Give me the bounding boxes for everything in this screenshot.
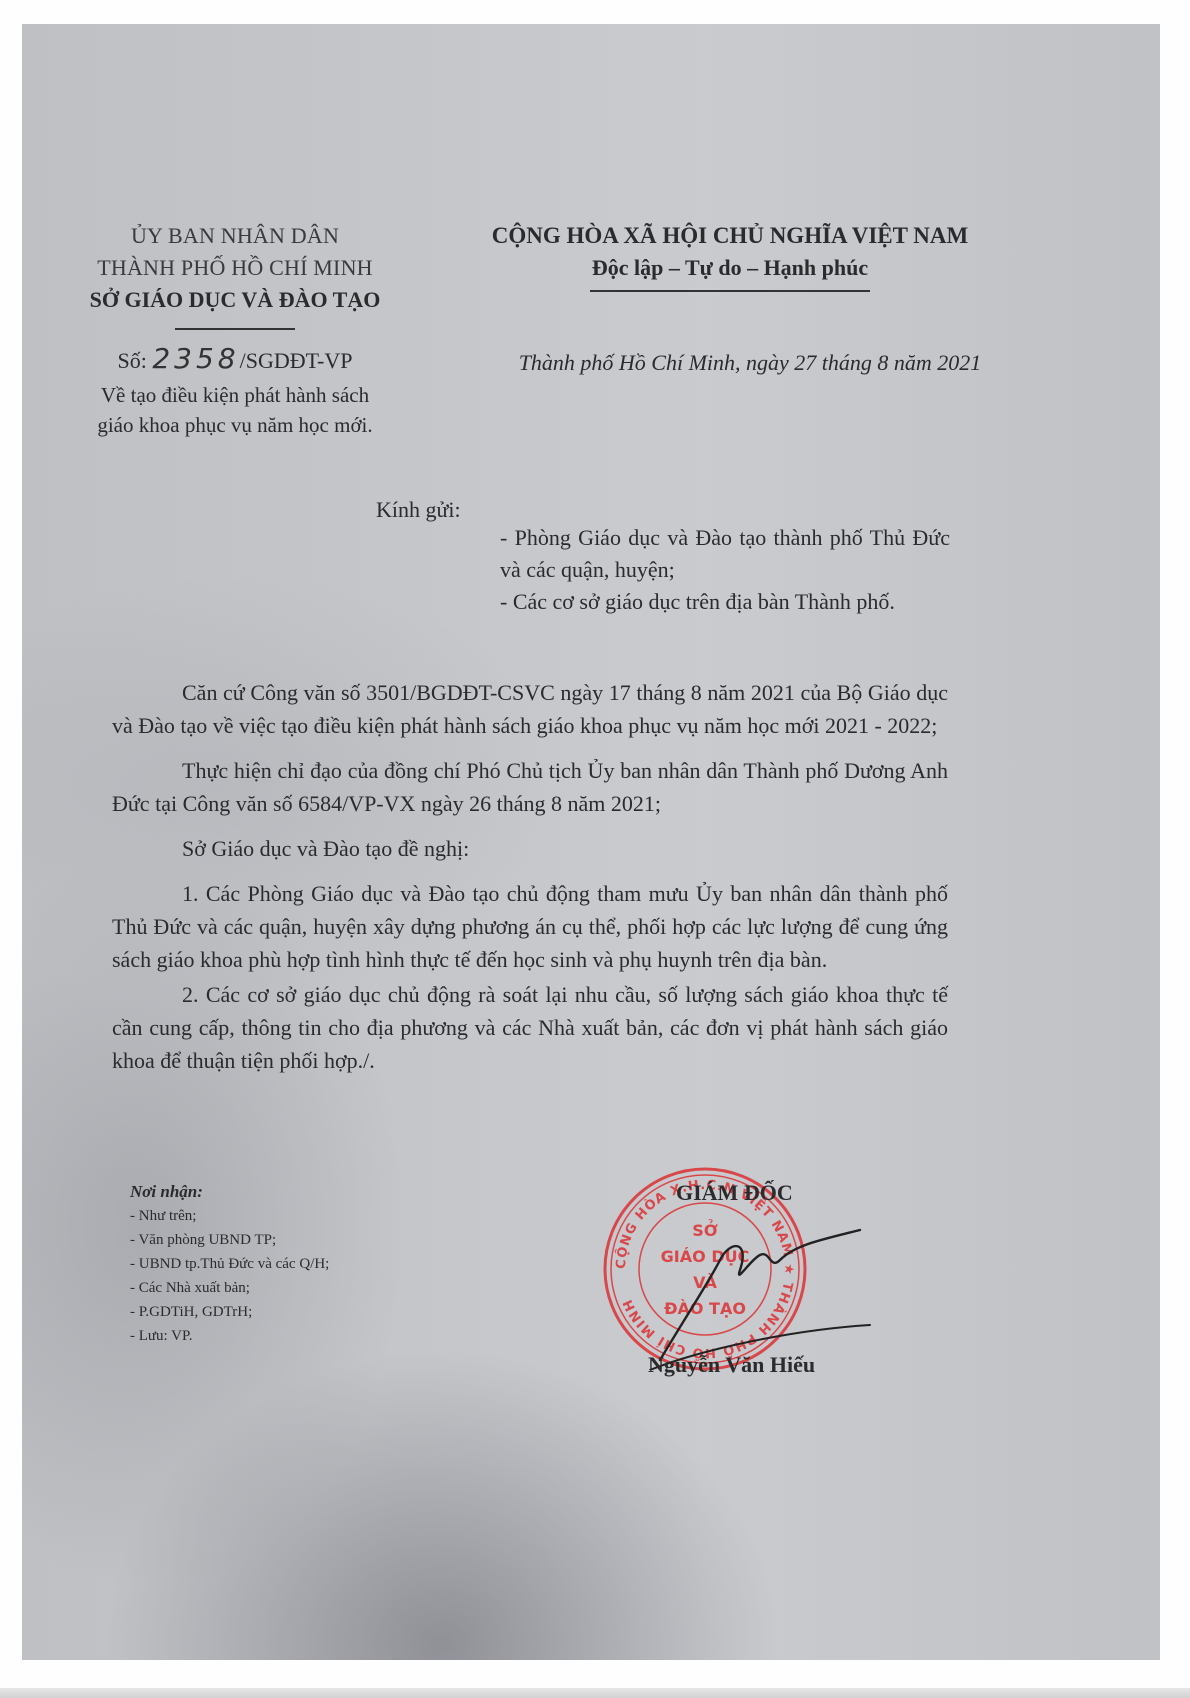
distribution-item: - Các Nhà xuất bản; <box>130 1276 329 1300</box>
recipient-item: - Phòng Giáo dục và Đào tạo thành phố Th… <box>500 522 950 586</box>
body-paragraph: 1. Các Phòng Giáo dục và Đào tạo chủ độn… <box>112 877 948 976</box>
document-number: Số: 2358/SGDĐT-VP <box>70 342 400 375</box>
greeting: Kính gửi: <box>376 497 461 523</box>
body-paragraph: 2. Các cơ sở giáo dục chủ động rà soát l… <box>112 978 948 1077</box>
distribution-item: - Lưu: VP. <box>130 1324 329 1348</box>
issuer-divider <box>175 328 295 330</box>
distribution-title: Nơi nhận: <box>130 1180 329 1204</box>
distribution-item: - P.GDTiH, GDTrH; <box>130 1300 329 1324</box>
document-photo: ỦY BAN NHÂN DÂN THÀNH PHỐ HỒ CHÍ MINH SỞ… <box>22 24 1160 1660</box>
issuer-line-2: THÀNH PHỐ HỒ CHÍ MINH <box>70 252 400 284</box>
national-motto: Độc lập – Tự do – Hạnh phúc <box>590 252 870 292</box>
official-letter: ỦY BAN NHÂN DÂN THÀNH PHỐ HỒ CHÍ MINH SỞ… <box>22 24 1160 1660</box>
signer-name: Nguyễn Văn Hiếu <box>648 1352 815 1378</box>
distribution-item: - Như trên; <box>130 1204 329 1228</box>
place-and-date: Thành phố Hồ Chí Minh, ngày 27 tháng 8 n… <box>440 350 1060 376</box>
distribution-item: - UBND tp.Thủ Đức và các Q/H; <box>130 1252 329 1276</box>
document-subject: Về tạo điều kiện phát hành sách giáo kho… <box>70 380 400 440</box>
recipient-list: - Phòng Giáo dục và Đào tạo thành phố Th… <box>500 522 950 618</box>
national-header: CỘNG HÒA XÃ HỘI CHỦ NGHĨA VIỆT NAM Độc l… <box>420 220 1040 292</box>
nation-title: CỘNG HÒA XÃ HỘI CHỦ NGHĨA VIỆT NAM <box>420 220 1040 252</box>
issuer-department: SỞ GIÁO DỤC VÀ ĐÀO TẠO <box>70 284 400 316</box>
recipient-item: - Các cơ sở giáo dục trên địa bàn Thành … <box>500 586 950 618</box>
distribution-item: - Văn phòng UBND TP; <box>130 1228 329 1252</box>
body-paragraph: Thực hiện chỉ đạo của đồng chí Phó Chủ t… <box>112 754 948 820</box>
handwritten-number: 2358 <box>152 342 239 375</box>
body-paragraph: Sở Giáo dục và Đào tạo đề nghị: <box>112 832 948 865</box>
letter-body: Căn cứ Công văn số 3501/BGDĐT-CSVC ngày … <box>112 676 948 1089</box>
body-paragraph: Căn cứ Công văn số 3501/BGDĐT-CSVC ngày … <box>112 676 948 742</box>
issuer-line-1: ỦY BAN NHÂN DÂN <box>70 220 400 252</box>
issuer-header: ỦY BAN NHÂN DÂN THÀNH PHỐ HỒ CHÍ MINH SỞ… <box>70 220 400 330</box>
distribution-list: Nơi nhận: - Như trên; - Văn phòng UBND T… <box>130 1180 329 1348</box>
signature-icon <box>620 1200 880 1370</box>
page-bottom-edge <box>0 1688 1190 1698</box>
